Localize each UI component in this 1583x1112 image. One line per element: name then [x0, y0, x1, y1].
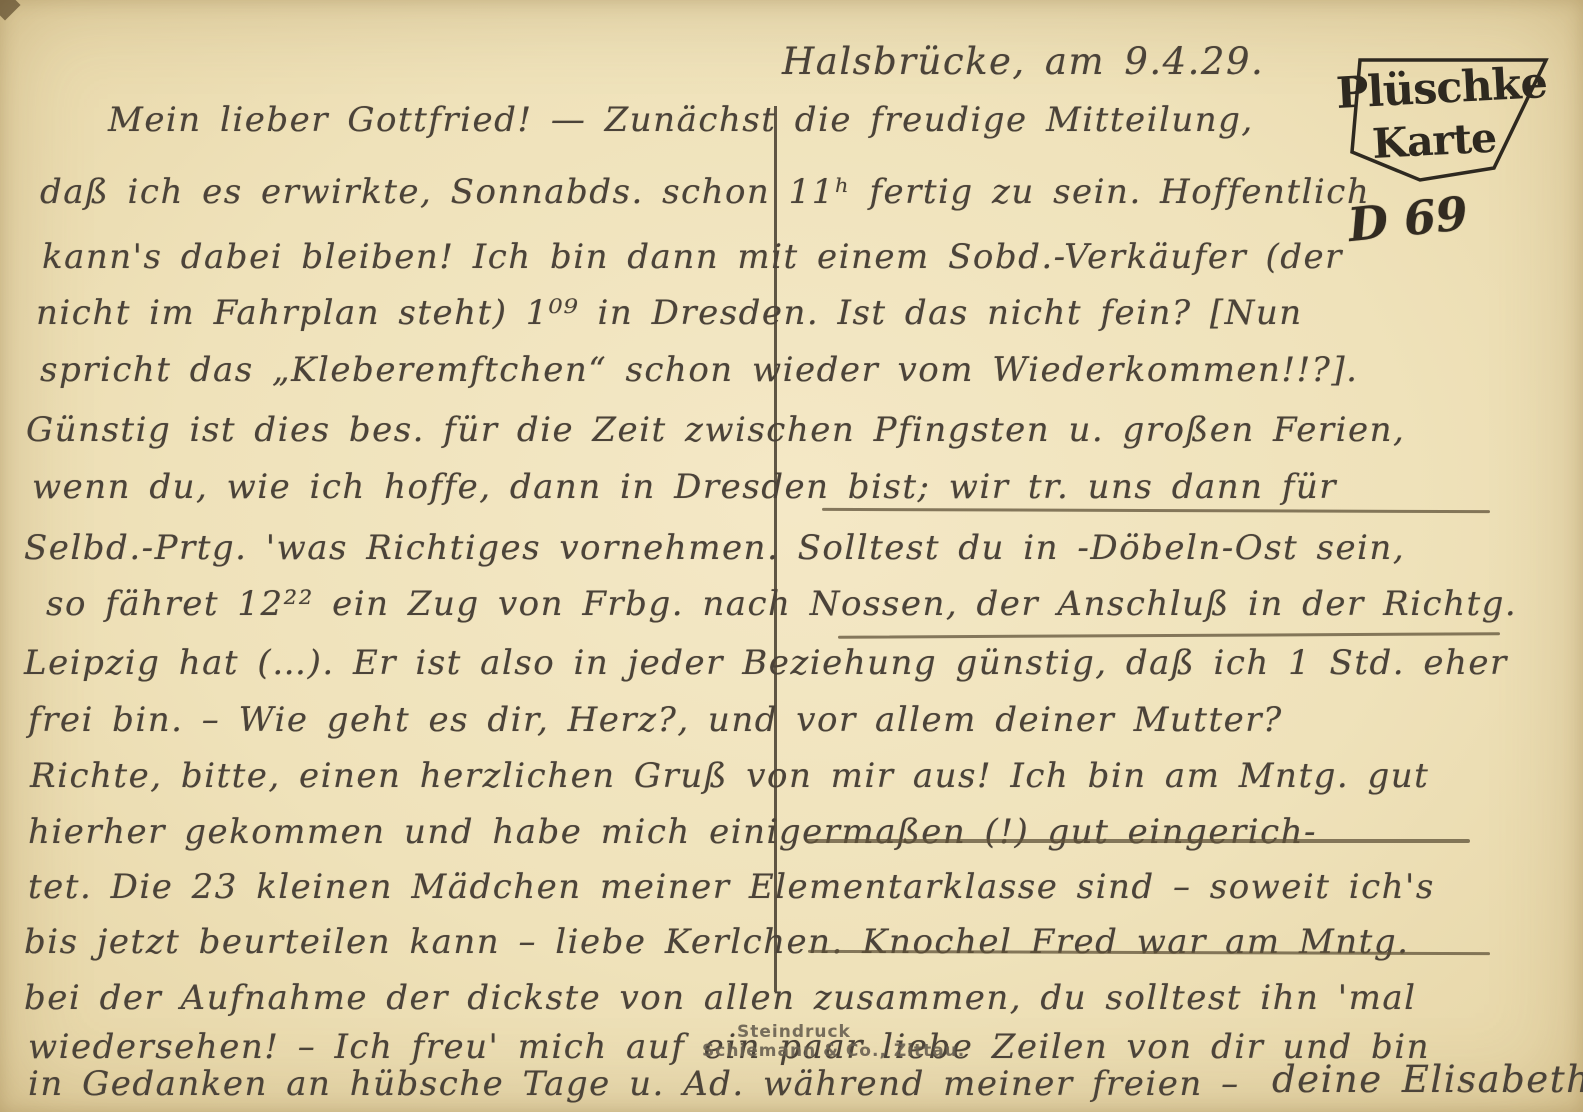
handwriting-line: spricht das „Kleberemftchen“ schon wiede… — [40, 350, 1358, 390]
handwriting-line: frei bin. – Wie geht es dir, Herz?, und … — [28, 700, 1283, 740]
stamp-text-line2: Karte — [1371, 114, 1497, 168]
dateline: Halsbrücke, am 9.4.29. — [782, 40, 1264, 83]
handwriting-line: so fähret 12²² ein Zug von Frbg. nach No… — [46, 584, 1517, 624]
handwriting-line: daß ich es erwirkte, Sonnabds. schon 11ʰ… — [40, 172, 1370, 212]
handwriting-line: Günstig ist dies bes. für die Zeit zwisc… — [26, 410, 1405, 450]
printer-imprint-line1: Steindruck — [737, 1022, 851, 1042]
underline-stroke — [806, 839, 1470, 843]
underline-stroke — [838, 632, 1500, 638]
handwriting-line: Leipzig hat (…). Er ist also in jeder Be… — [24, 643, 1508, 683]
handwriting-line: Richte, bitte, einen herzlichen Gruß von… — [30, 756, 1429, 796]
printer-imprint-line2: Schiemann & Co., Zittau. — [702, 1041, 965, 1061]
handwriting-line: kann's dabei bleiben! Ich bin dann mit e… — [42, 237, 1343, 277]
handwriting-line: nicht im Fahrplan steht) 1⁰⁹ in Dresden.… — [36, 293, 1303, 333]
handwriting-line: bei der Aufnahme der dickste von allen z… — [24, 978, 1416, 1018]
handwriting-line: in Gedanken an hübsche Tage u. Ad. währe… — [28, 1064, 1240, 1104]
handwriting-line: hierher gekommen und habe mich einigerma… — [28, 812, 1317, 852]
handwriting-line: bis jetzt beurteilen kann – liebe Kerlch… — [24, 922, 1409, 962]
signature: deine Elisabeth. — [1272, 1058, 1583, 1101]
postcard-scan: Halsbrücke, am 9.4.29. Plüschke Karte D … — [0, 0, 1583, 1112]
handwriting-line: wenn du, wie ich hoffe, dann in Dresden … — [32, 467, 1337, 507]
handwriting-line: Mein lieber Gottfried! — Zunächst die fr… — [108, 100, 1254, 140]
underline-stroke — [822, 508, 1490, 513]
handwriting-line: tet. Die 23 kleinen Mädchen meiner Eleme… — [28, 867, 1435, 907]
stamp-text-line1: Plüschke — [1335, 58, 1548, 119]
scan-corner-artifact — [0, 0, 21, 21]
handwriting-line: Selbd.-Prtg. 'was Richtiges vornehmen. S… — [24, 528, 1405, 568]
